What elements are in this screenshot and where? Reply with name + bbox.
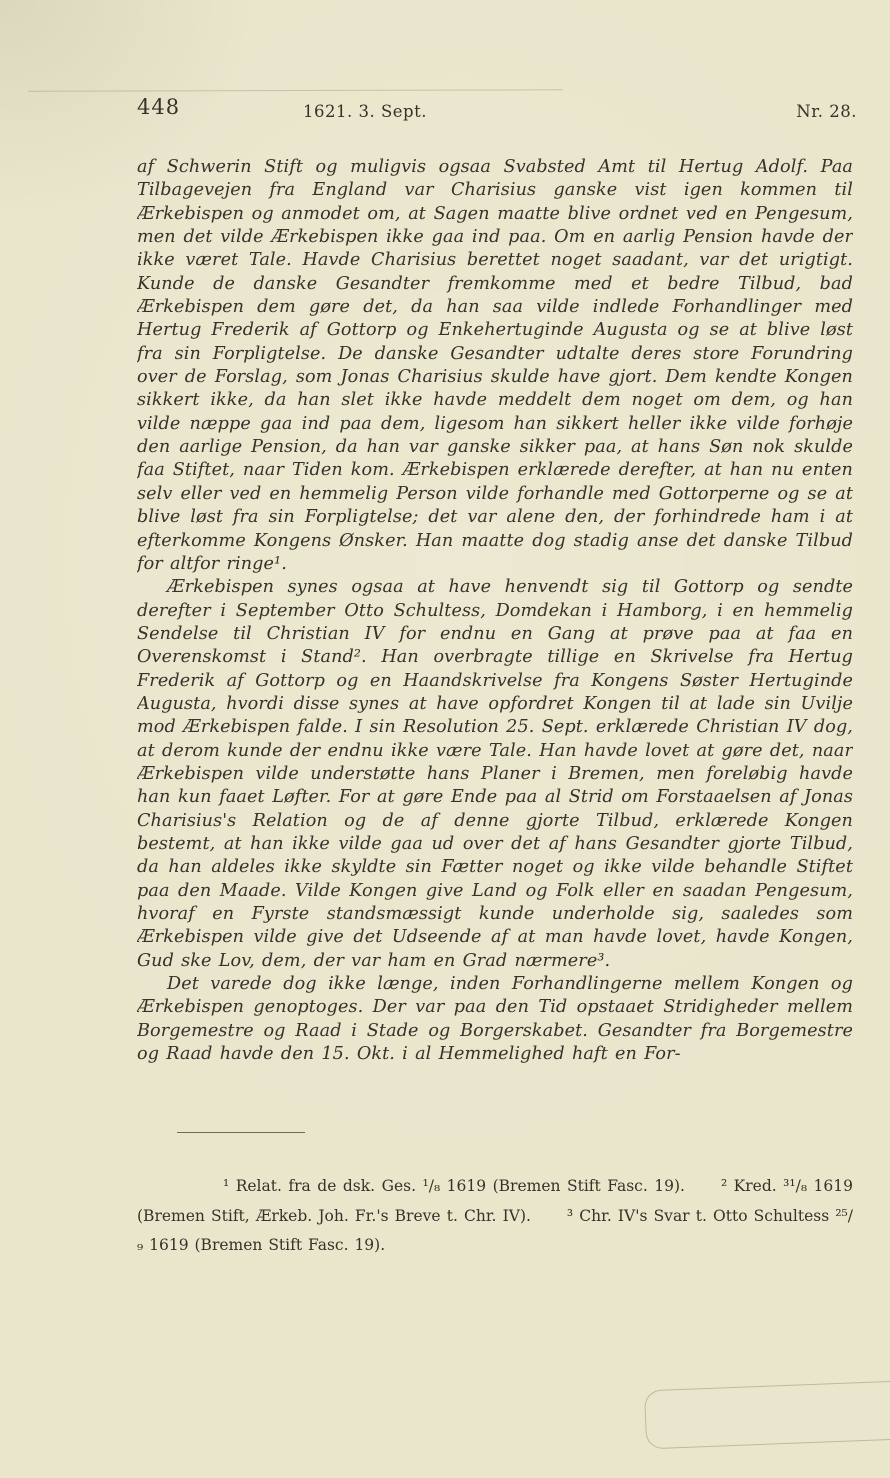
paragraph: Ærkebispen synes ogsaa at have henvendt …: [137, 576, 853, 973]
header-date: 1621. 3. Sept.: [240, 102, 490, 121]
body-text: af Schwerin Stift og muligvis ogsaa Svab…: [137, 156, 853, 1101]
footnotes: ¹ Relat. fra de dsk. Ges. ¹/₈ 1619 (Brem…: [137, 1172, 853, 1261]
scan-slip-outline: [644, 1378, 890, 1450]
scan-scratch-line: [28, 89, 563, 91]
header-entry-number: Nr. 28.: [796, 102, 857, 121]
book-page: 448 1621. 3. Sept. Nr. 28. af Schwerin S…: [0, 0, 890, 1478]
paragraph: Det varede dog ikke længe, inden Forhand…: [137, 973, 853, 1066]
paragraph: af Schwerin Stift og muligvis ogsaa Svab…: [137, 156, 853, 576]
footnote: ¹ Relat. fra de dsk. Ges. ¹/₈ 1619 (Brem…: [223, 1177, 685, 1195]
footnote-divider: [177, 1132, 305, 1133]
page-number: 448: [137, 95, 180, 119]
